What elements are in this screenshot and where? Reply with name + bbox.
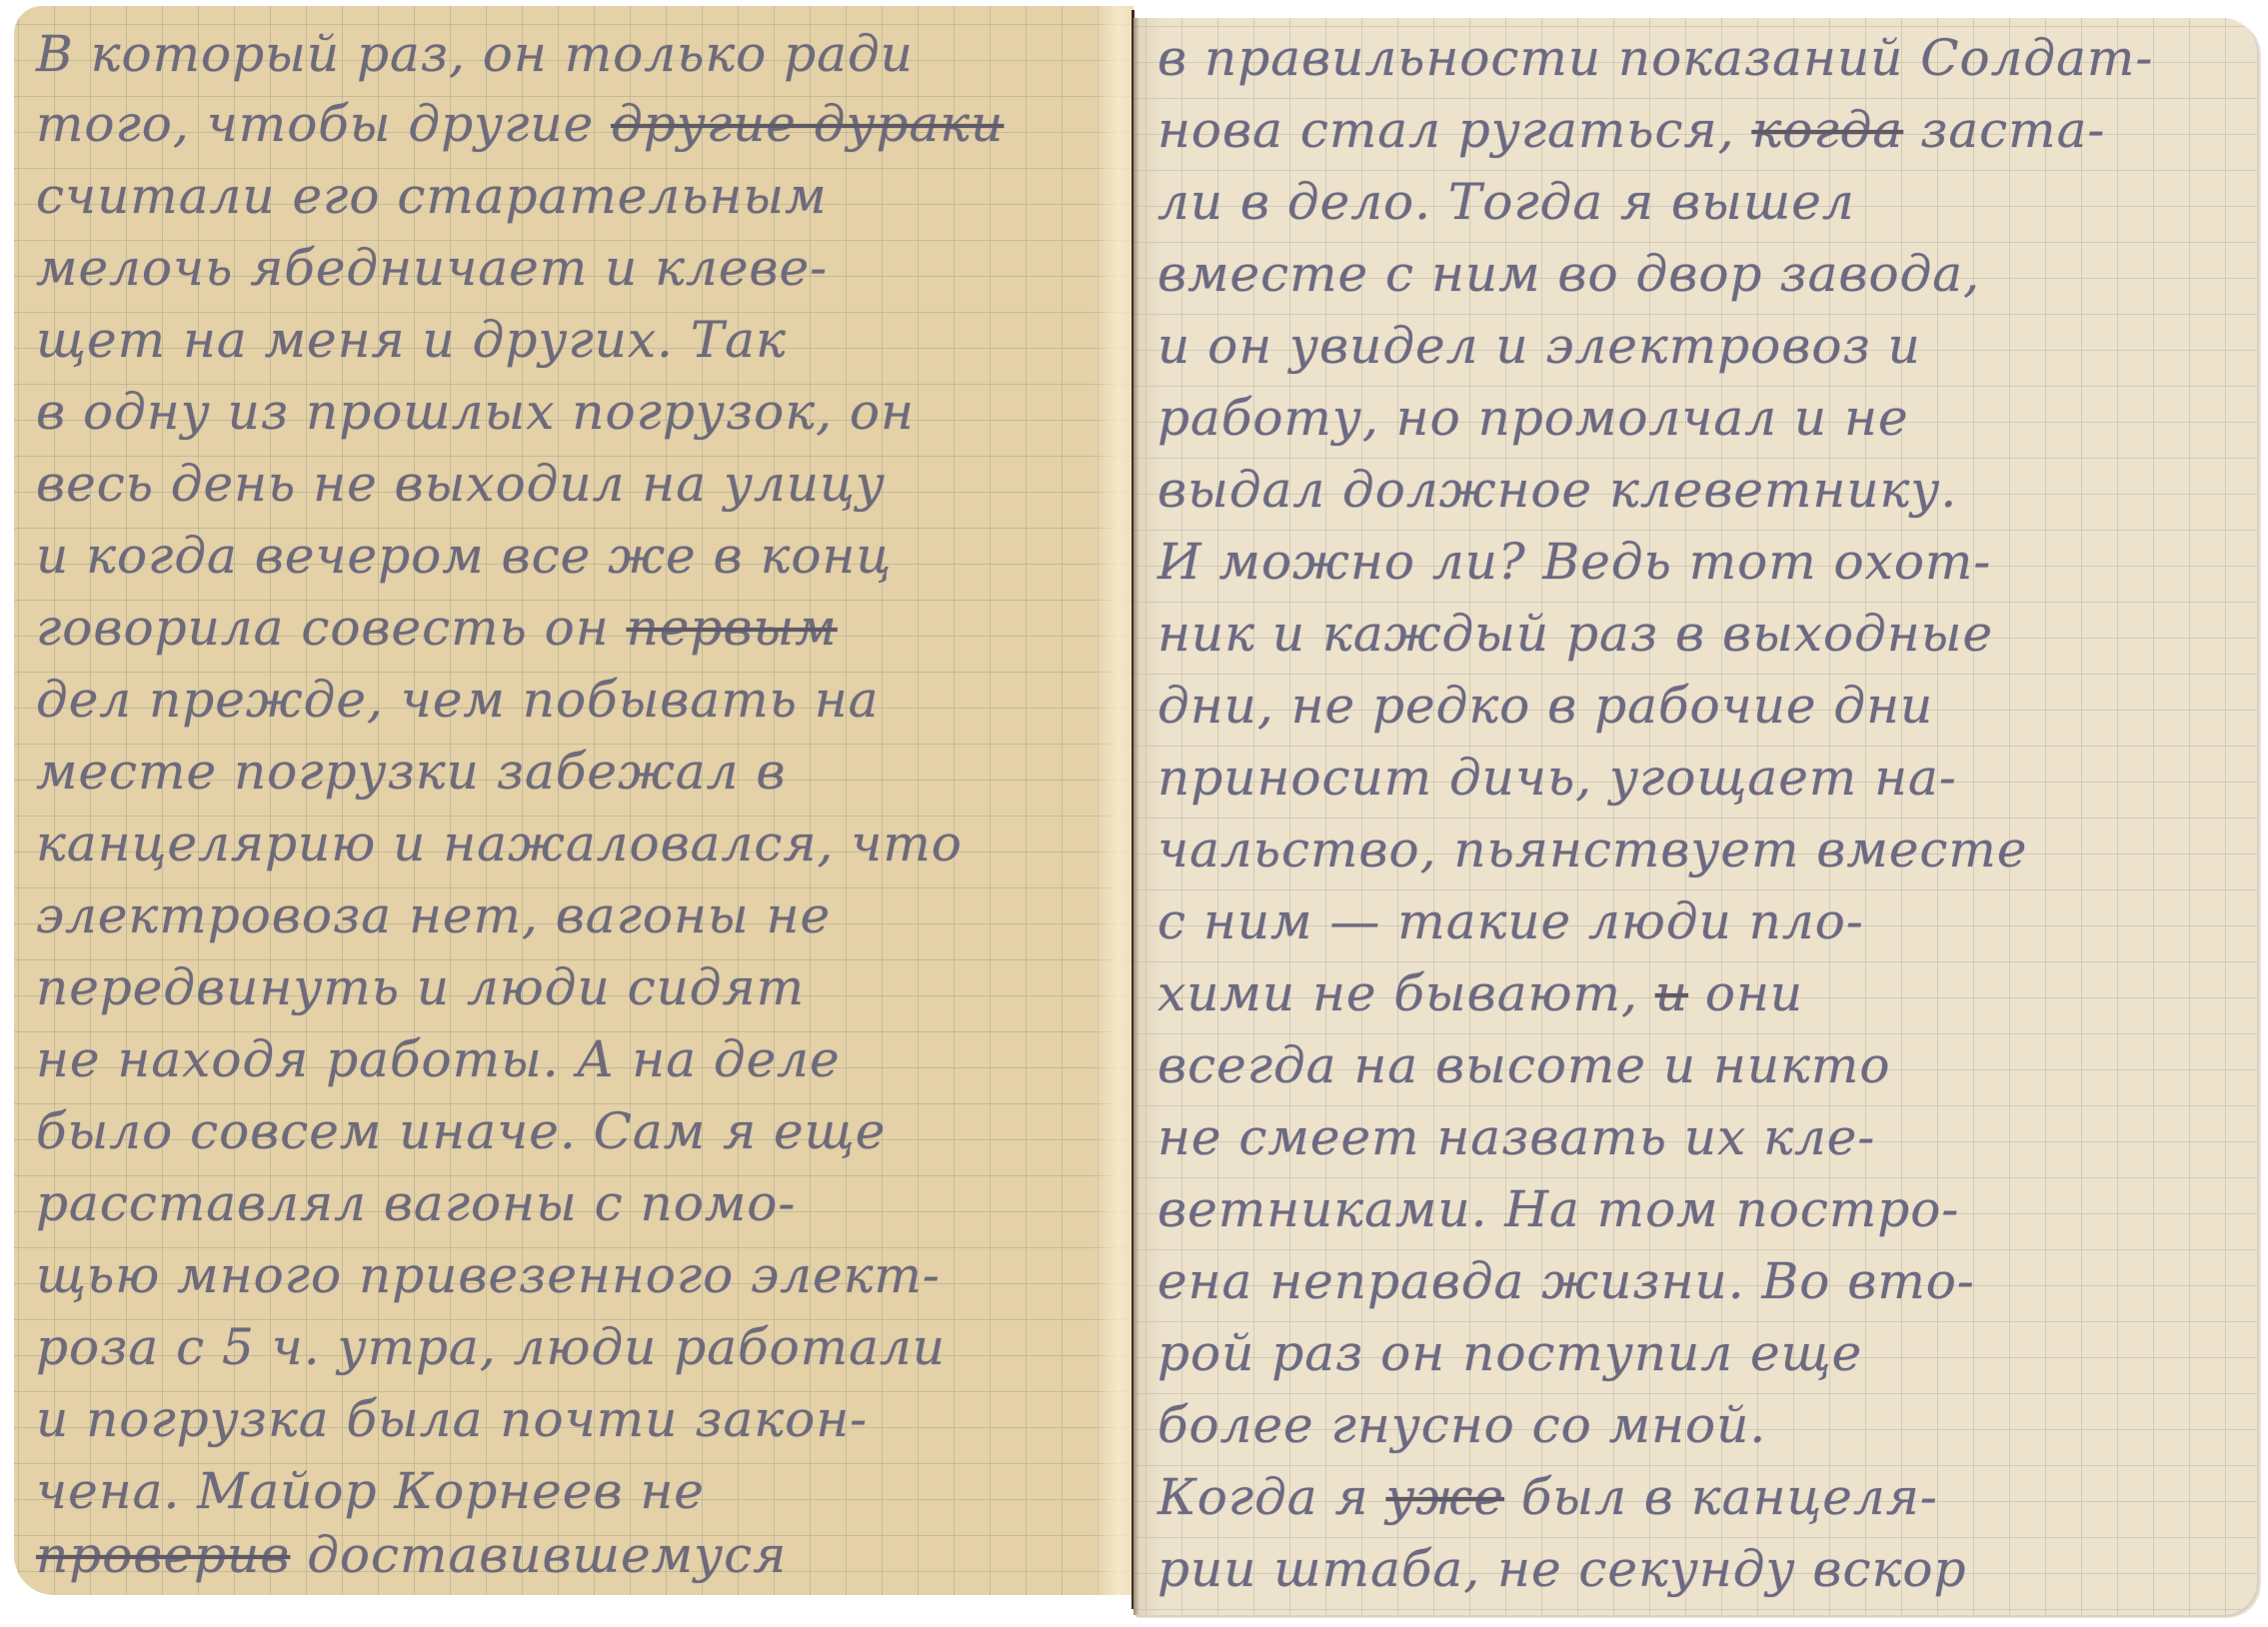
handwritten-line: и когда вечером все же в конц <box>36 526 892 586</box>
handwritten-line: роза с 5 ч. утра, люди работали <box>36 1317 946 1377</box>
line-text: хими не бывают, <box>1157 964 1638 1022</box>
line-text: они <box>1705 964 1803 1022</box>
handwritten-line: с ним — такие люди пло- <box>1157 891 1864 951</box>
handwritten-line: приносит дичь, угощает на- <box>1157 748 1957 808</box>
handwritten-line: не находя работы. А на деле <box>36 1029 841 1089</box>
line-text: нова стал ругаться, <box>1157 101 1735 159</box>
struck-word: проверив <box>36 1526 290 1584</box>
handwritten-line: весь день не выходил на улицу <box>36 454 886 514</box>
line-text: заста- <box>1920 101 2105 159</box>
handwritten-line: щью много привезенного элект- <box>36 1245 941 1305</box>
left-page: В который раз, он только ради того, чтоб… <box>14 6 1134 1595</box>
handwritten-line: в одну из прошлых погрузок, он <box>36 382 915 442</box>
line-text: Когда я <box>1157 1468 1369 1526</box>
handwritten-line: работу, но промолчал и не <box>1157 388 1909 448</box>
handwritten-line: В который раз, он только ради <box>36 24 914 84</box>
handwritten-line: говорила совесть он первым <box>36 598 838 658</box>
handwritten-line: и погрузка была почти закон- <box>36 1389 868 1449</box>
handwritten-line: Когда я уже был в канцеля- <box>1157 1467 1938 1527</box>
handwritten-line: в правильности показаний Солдат- <box>1157 28 2153 88</box>
line-text: был в канцеля- <box>1521 1468 1938 1526</box>
handwritten-line: считали его старательным <box>36 166 828 226</box>
handwritten-line: чена. Майор Корнеев не <box>36 1461 705 1521</box>
struck-word: первым <box>627 599 838 657</box>
line-text: того, чтобы другие <box>36 95 594 153</box>
handwritten-line: передвинуть и люди сидят <box>36 957 805 1017</box>
handwritten-line: ли в дело. Тогда я вышел <box>1157 172 1855 232</box>
handwritten-line: чальство, пьянствует вместе <box>1157 819 2027 879</box>
handwritten-line: выдал должное клеветнику. <box>1157 460 1957 520</box>
handwritten-line: дни, не редко в рабочие дни <box>1157 676 1933 736</box>
handwritten-line: и он увидел и электровоз и <box>1157 316 1921 376</box>
struck-word: уже <box>1385 1468 1503 1526</box>
line-text: говорила совесть он <box>36 599 610 657</box>
handwritten-line: И можно ли? Ведь тот охот- <box>1157 532 1991 592</box>
handwritten-line: рой раз он поступил еще <box>1157 1323 1862 1383</box>
handwritten-line: всегда на высоте и никто <box>1157 1035 1890 1095</box>
handwritten-line: вместе с ним во двор завода, <box>1157 244 1980 304</box>
handwritten-line: того, чтобы другие другие дураки <box>36 94 1004 154</box>
struck-word: другие дураки <box>611 95 1004 153</box>
handwritten-line: нова стал ругаться, когда заста- <box>1157 100 2105 160</box>
handwritten-line: месте погрузки забежал в <box>36 742 786 802</box>
notebook-spread: В который раз, он только ради того, чтоб… <box>0 0 2268 1627</box>
struck-word: когда <box>1751 101 1903 159</box>
struck-word: и <box>1655 964 1688 1022</box>
handwritten-line: проверив доставившемуся <box>36 1525 787 1585</box>
handwritten-line: рии штаба, не секунду вскор <box>1157 1539 1966 1599</box>
handwritten-line: щет на меня и других. Так <box>36 310 787 370</box>
handwritten-line: электровоза нет, вагоны не <box>36 885 831 945</box>
handwritten-line: не смеет назвать их кле- <box>1157 1107 1875 1167</box>
handwritten-line: ник и каждый раз в выходные <box>1157 604 1993 664</box>
right-page: в правильности показаний Солдат- нова ст… <box>1134 18 2257 1615</box>
handwritten-line: дел прежде, чем побывать на <box>36 670 879 730</box>
handwritten-line: было совсем иначе. Сам я еще <box>36 1101 886 1161</box>
handwritten-line: канцелярию и нажаловался, что <box>36 813 963 873</box>
handwritten-line: мелочь ябедничает и клеве- <box>36 238 828 298</box>
line-text: доставившемуся <box>307 1526 787 1584</box>
handwritten-line: ветниками. На том постро- <box>1157 1179 1959 1239</box>
handwritten-line: расставлял вагоны с помо- <box>36 1173 796 1233</box>
handwritten-line: хими не бывают, и они <box>1157 963 1803 1023</box>
handwritten-line: более гнусно со мной. <box>1157 1395 1766 1455</box>
handwritten-line: ена неправда жизни. Во вто- <box>1157 1251 1975 1311</box>
